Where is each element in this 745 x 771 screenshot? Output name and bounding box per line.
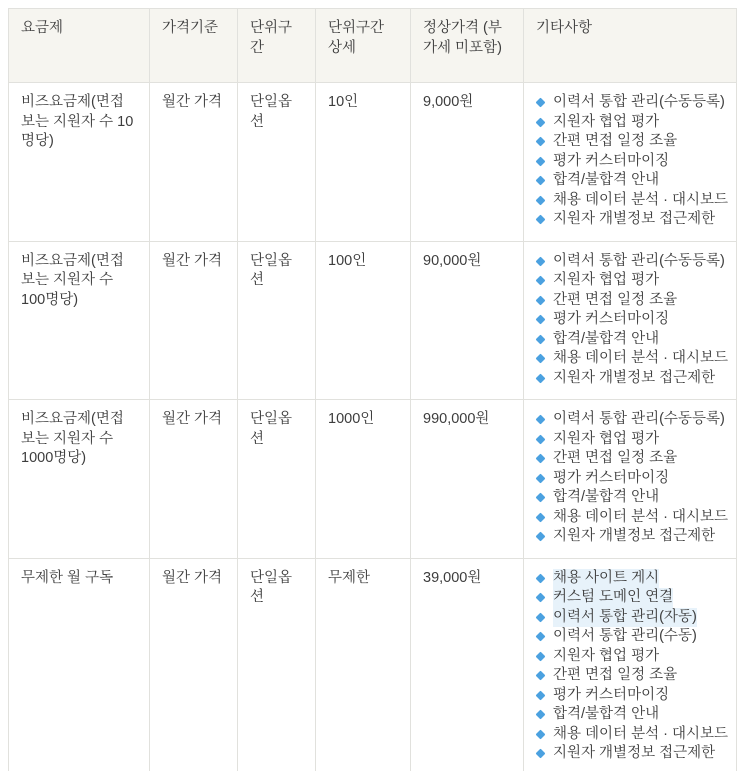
- diamond-bullet-icon: [536, 573, 546, 583]
- plan-cell: 비즈요금제(면접보는 지원자 수 100명당): [9, 241, 150, 400]
- feature-item: 합격/불합격 안내: [536, 171, 724, 191]
- plan-name: 비즈요금제(면접보는 지원자 수 1000명당): [21, 411, 124, 466]
- feature-list: 이력서 통합 관리(수동등록) 지원자 협업 평가 간편 면접 일정 조율 평가…: [536, 252, 724, 389]
- feature-label: 합격/불합격 안내: [553, 171, 659, 191]
- diamond-bullet-icon: [536, 532, 546, 542]
- feature-label: 합격/불합격 안내: [553, 488, 659, 508]
- table-row: 무제한 월 구독 월간 가격 단일옵션 무제한 39,000원 채용 사이트 게…: [9, 558, 737, 771]
- feature-item: 이력서 통합 관리(수동): [536, 627, 724, 647]
- feature-label: 지원자 협업 평가: [553, 647, 659, 667]
- unit-detail-value: 100인: [328, 253, 366, 269]
- feature-label: 간편 면접 일정 조율: [553, 666, 677, 686]
- column-header-price: 정상가격 (부가세 미포함): [411, 9, 524, 83]
- feature-list: 이력서 통합 관리(수동등록) 지원자 협업 평가 간편 면접 일정 조율 평가…: [536, 410, 724, 547]
- feature-label: 지원자 개별정보 접근제한: [553, 744, 715, 764]
- diamond-bullet-icon: [536, 749, 546, 759]
- feature-label: 합격/불합격 안내: [553, 705, 659, 725]
- diamond-bullet-icon: [536, 473, 546, 483]
- diamond-bullet-icon: [536, 98, 546, 108]
- feature-label: 채용 데이터 분석 · 대시보드: [553, 349, 728, 369]
- feature-label: 이력서 통합 관리(수동): [553, 627, 697, 647]
- feature-label: 커스텀 도메인 연결: [553, 588, 673, 608]
- diamond-bullet-icon: [536, 612, 546, 622]
- feature-item: 채용 사이트 게시: [536, 569, 724, 589]
- feature-label: 이력서 통합 관리(자동): [553, 608, 697, 628]
- diamond-bullet-icon: [536, 651, 546, 661]
- feature-item: 합격/불합격 안내: [536, 330, 724, 350]
- diamond-bullet-icon: [536, 334, 546, 344]
- price-basis-cell: 월간 가격: [150, 558, 238, 771]
- feature-item: 지원자 협업 평가: [536, 647, 724, 667]
- price-cell: 9,000원: [411, 83, 524, 242]
- price-cell: 90,000원: [411, 241, 524, 400]
- column-header-price-basis: 가격기준: [150, 9, 238, 83]
- feature-item: 채용 데이터 분석 · 대시보드: [536, 191, 724, 211]
- feature-item: 간편 면접 일정 조율: [536, 291, 724, 311]
- feature-label: 지원자 협업 평가: [553, 271, 659, 291]
- feature-label: 평가 커스터마이징: [553, 152, 669, 172]
- feature-item: 간편 면접 일정 조율: [536, 449, 724, 469]
- column-header-plan: 요금제: [9, 9, 150, 83]
- diamond-bullet-icon: [536, 512, 546, 522]
- feature-item: 채용 데이터 분석 · 대시보드: [536, 725, 724, 745]
- price-value: 990,000원: [423, 411, 489, 427]
- feature-item: 평가 커스터마이징: [536, 686, 724, 706]
- diamond-bullet-icon: [536, 434, 546, 444]
- column-header-unit: 단위구간: [238, 9, 316, 83]
- feature-label: 이력서 통합 관리(수동등록): [553, 93, 725, 113]
- feature-item: 지원자 개별정보 접근제한: [536, 210, 724, 230]
- feature-item: 이력서 통합 관리(수동등록): [536, 252, 724, 272]
- column-header-label: 정상가격 (부가세 미포함): [423, 20, 502, 56]
- feature-item: 지원자 협업 평가: [536, 430, 724, 450]
- diamond-bullet-icon: [536, 215, 546, 225]
- diamond-bullet-icon: [536, 137, 546, 147]
- diamond-bullet-icon: [536, 690, 546, 700]
- unit-value: 단일옵션: [250, 570, 292, 606]
- price-basis-cell: 월간 가격: [150, 241, 238, 400]
- plan-cell: 비즈요금제(면접보는 지원자 수 10명당): [9, 83, 150, 242]
- column-header-label: 단위구간상세: [328, 20, 384, 56]
- price-basis-value: 월간 가격: [162, 411, 222, 427]
- feature-item: 합격/불합격 안내: [536, 488, 724, 508]
- price-basis-cell: 월간 가격: [150, 83, 238, 242]
- feature-label: 지원자 개별정보 접근제한: [553, 527, 715, 547]
- feature-item: 평가 커스터마이징: [536, 310, 724, 330]
- feature-item: 평가 커스터마이징: [536, 469, 724, 489]
- diamond-bullet-icon: [536, 295, 546, 305]
- diamond-bullet-icon: [536, 373, 546, 383]
- feature-label: 지원자 협업 평가: [553, 430, 659, 450]
- feature-item: 지원자 협업 평가: [536, 271, 724, 291]
- feature-label: 평가 커스터마이징: [553, 469, 669, 489]
- feature-item: 이력서 통합 관리(자동): [536, 608, 724, 628]
- unit-value: 단일옵션: [250, 94, 292, 130]
- feature-item: 지원자 협업 평가: [536, 113, 724, 133]
- diamond-bullet-icon: [536, 117, 546, 127]
- feature-label: 간편 면접 일정 조율: [553, 291, 677, 311]
- diamond-bullet-icon: [536, 315, 546, 325]
- feature-item: 간편 면접 일정 조율: [536, 666, 724, 686]
- feature-label: 채용 데이터 분석 · 대시보드: [553, 725, 728, 745]
- unit-detail-value: 1000인: [328, 411, 374, 427]
- plan-name: 무제한 월 구독: [21, 570, 113, 586]
- feature-item: 이력서 통합 관리(수동등록): [536, 410, 724, 430]
- plan-name: 비즈요금제(면접보는 지원자 수 10명당): [21, 94, 133, 149]
- plan-cell: 비즈요금제(면접보는 지원자 수 1000명당): [9, 400, 150, 559]
- diamond-bullet-icon: [536, 729, 546, 739]
- diamond-bullet-icon: [536, 671, 546, 681]
- unit-value: 단일옵션: [250, 253, 292, 289]
- price-cell: 990,000원: [411, 400, 524, 559]
- feature-label: 평가 커스터마이징: [553, 686, 669, 706]
- feature-item: 채용 데이터 분석 · 대시보드: [536, 508, 724, 528]
- feature-item: 간편 면접 일정 조율: [536, 132, 724, 152]
- feature-label: 간편 면접 일정 조율: [553, 132, 677, 152]
- unit-detail-cell: 1000인: [316, 400, 411, 559]
- diamond-bullet-icon: [536, 593, 546, 603]
- price-value: 9,000원: [423, 94, 473, 110]
- diamond-bullet-icon: [536, 256, 546, 266]
- price-basis-value: 월간 가격: [162, 570, 222, 586]
- unit-detail-value: 10인: [328, 94, 358, 110]
- price-cell: 39,000원: [411, 558, 524, 771]
- plan-name: 비즈요금제(면접보는 지원자 수 100명당): [21, 253, 124, 308]
- price-value: 90,000원: [423, 253, 481, 269]
- feature-label: 채용 데이터 분석 · 대시보드: [553, 191, 728, 211]
- features-cell: 이력서 통합 관리(수동등록) 지원자 협업 평가 간편 면접 일정 조율 평가…: [524, 241, 737, 400]
- table-row: 비즈요금제(면접보는 지원자 수 100명당) 월간 가격 단일옵션 100인 …: [9, 241, 737, 400]
- feature-label: 지원자 개별정보 접근제한: [553, 210, 715, 230]
- feature-item: 커스텀 도메인 연결: [536, 588, 724, 608]
- feature-item: 지원자 개별정보 접근제한: [536, 744, 724, 764]
- price-basis-value: 월간 가격: [162, 94, 222, 110]
- diamond-bullet-icon: [536, 710, 546, 720]
- feature-label: 이력서 통합 관리(수동등록): [553, 252, 725, 272]
- feature-item: 합격/불합격 안내: [536, 705, 724, 725]
- unit-cell: 단일옵션: [238, 558, 316, 771]
- price-basis-value: 월간 가격: [162, 253, 222, 269]
- column-header-label: 단위구간: [250, 20, 292, 56]
- diamond-bullet-icon: [536, 493, 546, 503]
- feature-label: 지원자 협업 평가: [553, 113, 659, 133]
- diamond-bullet-icon: [536, 156, 546, 166]
- price-value: 39,000원: [423, 570, 481, 586]
- header-row: 요금제 가격기준 단위구간 단위구간상세 정상가격 (부가세 미포함) 기타사항: [9, 9, 737, 83]
- diamond-bullet-icon: [536, 195, 546, 205]
- diamond-bullet-icon: [536, 454, 546, 464]
- feature-item: 채용 데이터 분석 · 대시보드: [536, 349, 724, 369]
- plan-cell: 무제한 월 구독: [9, 558, 150, 771]
- column-header-etc: 기타사항: [524, 9, 737, 83]
- diamond-bullet-icon: [536, 354, 546, 364]
- feature-label: 채용 데이터 분석 · 대시보드: [553, 508, 728, 528]
- unit-detail-cell: 100인: [316, 241, 411, 400]
- features-cell: 채용 사이트 게시 커스텀 도메인 연결 이력서 통합 관리(자동) 이력서 통…: [524, 558, 737, 771]
- column-header-label: 요금제: [21, 20, 63, 36]
- unit-value: 단일옵션: [250, 411, 292, 447]
- feature-label: 채용 사이트 게시: [553, 569, 659, 589]
- feature-item: 이력서 통합 관리(수동등록): [536, 93, 724, 113]
- table-row: 비즈요금제(면접보는 지원자 수 10명당) 월간 가격 단일옵션 10인 9,…: [9, 83, 737, 242]
- feature-item: 평가 커스터마이징: [536, 152, 724, 172]
- column-header-unit-detail: 단위구간상세: [316, 9, 411, 83]
- diamond-bullet-icon: [536, 632, 546, 642]
- unit-cell: 단일옵션: [238, 400, 316, 559]
- unit-cell: 단일옵션: [238, 241, 316, 400]
- diamond-bullet-icon: [536, 176, 546, 186]
- diamond-bullet-icon: [536, 415, 546, 425]
- feature-item: 지원자 개별정보 접근제한: [536, 369, 724, 389]
- table-row: 비즈요금제(면접보는 지원자 수 1000명당) 월간 가격 단일옵션 1000…: [9, 400, 737, 559]
- features-cell: 이력서 통합 관리(수동등록) 지원자 협업 평가 간편 면접 일정 조율 평가…: [524, 83, 737, 242]
- price-basis-cell: 월간 가격: [150, 400, 238, 559]
- feature-list: 채용 사이트 게시 커스텀 도메인 연결 이력서 통합 관리(자동) 이력서 통…: [536, 569, 724, 764]
- unit-cell: 단일옵션: [238, 83, 316, 242]
- feature-label: 간편 면접 일정 조율: [553, 449, 677, 469]
- column-header-label: 가격기준: [162, 20, 218, 36]
- pricing-table: 요금제 가격기준 단위구간 단위구간상세 정상가격 (부가세 미포함) 기타사항…: [8, 8, 737, 771]
- feature-list: 이력서 통합 관리(수동등록) 지원자 협업 평가 간편 면접 일정 조율 평가…: [536, 93, 724, 230]
- unit-detail-value: 무제한: [328, 570, 370, 586]
- feature-label: 평가 커스터마이징: [553, 310, 669, 330]
- column-header-label: 기타사항: [536, 20, 592, 36]
- diamond-bullet-icon: [536, 276, 546, 286]
- unit-detail-cell: 무제한: [316, 558, 411, 771]
- feature-label: 이력서 통합 관리(수동등록): [553, 410, 725, 430]
- feature-label: 합격/불합격 안내: [553, 330, 659, 350]
- feature-item: 지원자 개별정보 접근제한: [536, 527, 724, 547]
- unit-detail-cell: 10인: [316, 83, 411, 242]
- features-cell: 이력서 통합 관리(수동등록) 지원자 협업 평가 간편 면접 일정 조율 평가…: [524, 400, 737, 559]
- feature-label: 지원자 개별정보 접근제한: [553, 369, 715, 389]
